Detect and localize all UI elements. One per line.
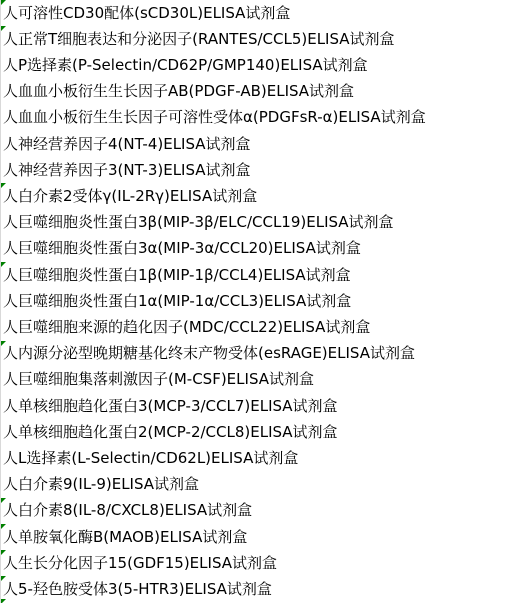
cell-text: 人巨噬细胞来源的趋化因子(MDC/CCL22)ELISA试剂盒 [3, 320, 370, 335]
cell-text: 人白介素2受体γ(IL-2Rγ)ELISA试剂盒 [3, 189, 257, 204]
product-list: 人可溶性CD30配体(sCD30L)ELISA试剂盒 人正常T细胞表达和分泌因子… [0, 0, 516, 603]
cell-text: 人神经营养因子3(NT-3)ELISA试剂盒 [3, 163, 251, 178]
cell-error-indicator-icon [1, 26, 6, 31]
cell-text: 人P选择素(P-Selectin/CD62P/GMP140)ELISA试剂盒 [3, 58, 368, 73]
cell-text: 人巨噬细胞炎性蛋白3α(MIP-3α/CCL20)ELISA试剂盒 [3, 241, 361, 256]
spreadsheet-cell-area: 人可溶性CD30配体(sCD30L)ELISA试剂盒 人正常T细胞表达和分泌因子… [0, 0, 516, 603]
cell-text: 人单核细胞趋化蛋白2(MCP-2/CCL8)ELISA试剂盒 [3, 425, 338, 440]
cell-text: 人白介素8(IL-8/CXCL8)ELISA试剂盒 [3, 503, 252, 518]
spreadsheet-cell[interactable]: 人巨噬细胞炎性蛋白3α(MIP-3α/CCL20)ELISA试剂盒 [0, 236, 516, 262]
cell-text: 人巨噬细胞炎性蛋白1β(MIP-1β/CCL4)ELISA试剂盒 [3, 268, 351, 283]
cell-text: 人可溶性CD30配体(sCD30L)ELISA试剂盒 [3, 6, 290, 21]
spreadsheet-cell[interactable]: 人可溶性CD30配体(sCD30L)ELISA试剂盒 [0, 0, 516, 26]
cell-text: 人白介素9(IL-9)ELISA试剂盒 [3, 477, 199, 492]
spreadsheet-cell[interactable]: 人5-羟色胺受体3(5-HTR3)ELISA试剂盒 [0, 576, 516, 602]
cell-error-indicator-icon [1, 341, 6, 346]
spreadsheet-cell[interactable]: 人单核细胞趋化蛋白2(MCP-2/CCL8)ELISA试剂盒 [0, 419, 516, 445]
cell-text: 人生长分化因子15(GDF15)ELISA试剂盒 [3, 556, 277, 571]
cell-text: 人巨噬细胞炎性蛋白3β(MIP-3β/ELC/CCL19)ELISA试剂盒 [3, 215, 394, 230]
spreadsheet-cell[interactable]: 人生长分化因子15(GDF15)ELISA试剂盒 [0, 550, 516, 576]
cell-text: 人单胺氧化酶B(MAOB)ELISA试剂盒 [3, 530, 247, 545]
cell-text: 人5-羟色胺受体3(5-HTR3)ELISA试剂盒 [3, 582, 272, 597]
spreadsheet-cell[interactable]: 人血血小板衍生生长因子AB(PDGF-AB)ELISA试剂盒 [0, 79, 516, 105]
spreadsheet-cell[interactable]: 人单核细胞趋化蛋白3(MCP-3/CCL7)ELISA试剂盒 [0, 393, 516, 419]
cell-error-indicator-icon [1, 576, 6, 581]
cell-error-indicator-icon [1, 183, 6, 188]
spreadsheet-cell[interactable]: 人巨噬细胞炎性蛋白1β(MIP-1β/CCL4)ELISA试剂盒 [0, 262, 516, 288]
cell-text: 人巨噬细胞炎性蛋白1α(MIP-1α/CCL3)ELISA试剂盒 [3, 294, 351, 309]
cell-error-indicator-icon [1, 262, 6, 267]
cell-text: 人血血小板衍生生长因子可溶性受体α(PDGFsR-α)ELISA试剂盒 [3, 110, 426, 125]
spreadsheet-cell[interactable]: 人P选择素(P-Selectin/CD62P/GMP140)ELISA试剂盒 [0, 52, 516, 78]
left-gridline [0, 0, 1, 603]
cell-text: 人正常T细胞表达和分泌因子(RANTES/CCL5)ELISA试剂盒 [3, 32, 395, 47]
cell-text: 人巨噬细胞集落刺激因子(M-CSF)ELISA试剂盒 [3, 372, 314, 387]
spreadsheet-cell[interactable]: 人白介素9(IL-9)ELISA试剂盒 [0, 472, 516, 498]
spreadsheet-cell[interactable]: 人巨噬细胞来源的趋化因子(MDC/CCL22)ELISA试剂盒 [0, 314, 516, 340]
cell-error-indicator-icon [1, 550, 6, 555]
cell-text: 人单核细胞趋化蛋白3(MCP-3/CCL7)ELISA试剂盒 [3, 399, 338, 414]
spreadsheet-cell[interactable]: 人L选择素(L-Selectin/CD62L)ELISA试剂盒 [0, 445, 516, 471]
cell-text: 人L选择素(L-Selectin/CD62L)ELISA试剂盒 [3, 451, 298, 466]
spreadsheet-cell[interactable]: 人正常T细胞表达和分泌因子(RANTES/CCL5)ELISA试剂盒 [0, 26, 516, 52]
cell-text: 人血血小板衍生生长因子AB(PDGF-AB)ELISA试剂盒 [3, 84, 354, 99]
spreadsheet-cell[interactable]: 人血血小板衍生生长因子可溶性受体α(PDGFsR-α)ELISA试剂盒 [0, 105, 516, 131]
spreadsheet-cell[interactable]: 人内源分泌型晚期糖基化终末产物受体(esRAGE)ELISA试剂盒 [0, 341, 516, 367]
cell-text: 人内源分泌型晚期糖基化终末产物受体(esRAGE)ELISA试剂盒 [3, 346, 415, 361]
spreadsheet-cell[interactable]: 人白介素8(IL-8/CXCL8)ELISA试剂盒 [0, 498, 516, 524]
spreadsheet-cell[interactable]: 人神经营养因子3(NT-3)ELISA试剂盒 [0, 157, 516, 183]
spreadsheet-cell[interactable]: 人单胺氧化酶B(MAOB)ELISA试剂盒 [0, 524, 516, 550]
spreadsheet-cell[interactable]: 人巨噬细胞集落刺激因子(M-CSF)ELISA试剂盒 [0, 367, 516, 393]
spreadsheet-cell[interactable]: 人神经营养因子4(NT-4)ELISA试剂盒 [0, 131, 516, 157]
cell-error-indicator-icon [1, 524, 6, 529]
spreadsheet-cell[interactable]: 人巨噬细胞炎性蛋白3β(MIP-3β/ELC/CCL19)ELISA试剂盒 [0, 210, 516, 236]
clipped-cell-error-indicator-icon [1, 599, 6, 603]
spreadsheet-cell[interactable]: 人巨噬细胞炎性蛋白1α(MIP-1α/CCL3)ELISA试剂盒 [0, 288, 516, 314]
cell-error-indicator-icon [1, 498, 6, 503]
cell-text: 人神经营养因子4(NT-4)ELISA试剂盒 [3, 137, 251, 152]
spreadsheet-cell[interactable]: 人白介素2受体γ(IL-2Rγ)ELISA试剂盒 [0, 183, 516, 209]
cell-error-indicator-icon [1, 0, 6, 5]
